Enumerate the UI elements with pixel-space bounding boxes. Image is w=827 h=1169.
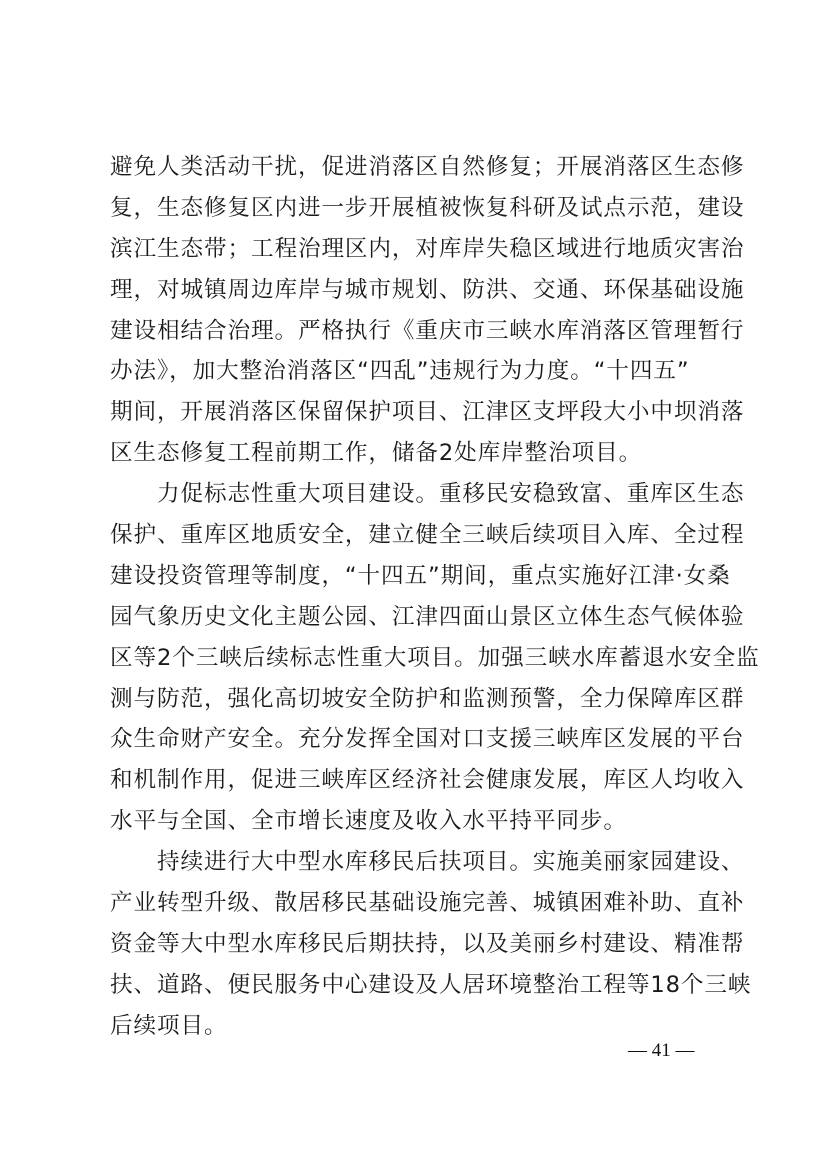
text-line: 建设相结合治理。严格执行《重庆市三峡水库消落区管理暂行 xyxy=(110,311,718,352)
text-line: 复，生态修复区内进一步开展植被恢复科研及试点示范，建设 xyxy=(110,188,718,229)
text-line: 后续项目。 xyxy=(110,1006,718,1047)
text-line: 众生命财产安全。充分发挥全国对口支援三峡库区发展的平台 xyxy=(110,719,718,760)
text-line: 测与防范，强化高切坡安全防护和监测预警，全力保障库区群 xyxy=(110,679,718,720)
text-line: 建设投资管理等制度，“十四五”期间，重点实施好江津·女桑 xyxy=(110,556,718,597)
text-line: 和机制作用，促进三峡库区经济社会健康发展，库区人均收入 xyxy=(110,760,718,801)
text-line: 滨江生态带；工程治理区内，对库岸失稳区域进行地质灾害治 xyxy=(110,229,718,270)
text-line: 水平与全国、全市增长速度及收入水平持平同步。 xyxy=(110,801,718,842)
paragraph-heading-line: 力促标志性重大项目建设。重移民安稳致富、重库区生态 xyxy=(110,474,718,515)
page-number: — 41 — xyxy=(628,1040,695,1062)
text-line: 产业转型升级、散居移民基础设施完善、城镇困难补助、直补 xyxy=(110,883,718,924)
paragraph-heading-line: 持续进行大中型水库移民后扶项目。实施美丽家园建设、 xyxy=(110,842,718,883)
text-line: 期间，开展消落区保留保护项目、江津区支坪段大小中坝消落 xyxy=(110,392,718,433)
text-line: 保护、重库区地质安全，建立健全三峡后续项目入库、全过程 xyxy=(110,515,718,556)
document-page: 避免人类活动干扰，促进消落区自然修复；开展消落区生态修 复，生态修复区内进一步开… xyxy=(0,0,827,1169)
text-line: 扶、道路、便民服务中心建设及人居环境整治工程等18个三峡 xyxy=(110,965,718,1006)
text-line: 资金等大中型水库移民后期扶持，以及美丽乡村建设、精准帮 xyxy=(110,924,718,965)
text-line: 办法》，加大整治消落区“四乱”违规行为力度。“十四五” xyxy=(110,351,718,392)
text-line: 避免人类活动干扰，促进消落区自然修复；开展消落区生态修 xyxy=(110,147,718,188)
text-line: 区生态修复工程前期工作，储备2处库岸整治项目。 xyxy=(110,433,718,474)
text-line: 园气象历史文化主题公园、江津四面山景区立体生态气候体验 xyxy=(110,597,718,638)
text-line: 理，对城镇周边库岸与城市规划、防洪、交通、环保基础设施 xyxy=(110,270,718,311)
text-line: 区等2个三峡后续标志性重大项目。加强三峡水库蓄退水安全监 xyxy=(110,638,718,679)
body-text: 避免人类活动干扰，促进消落区自然修复；开展消落区生态修 复，生态修复区内进一步开… xyxy=(110,147,718,1047)
